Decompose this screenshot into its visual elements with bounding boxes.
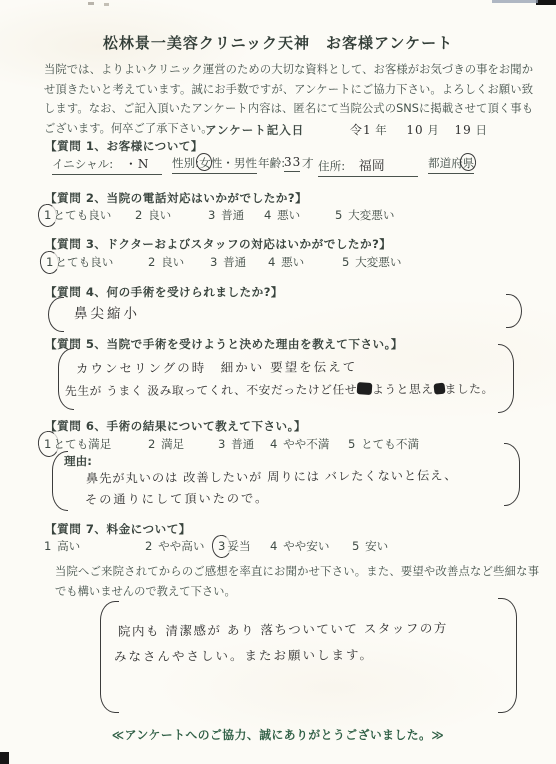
q6-option-3: 3 普通 <box>218 436 254 452</box>
q6-reason-line1: 鼻先が丸いのは 改善したいが 周りには バレたくないと伝え、 <box>86 466 458 486</box>
date-year-suffix: 年 <box>375 123 387 137</box>
q5-answer-line2b: ようと思え <box>372 382 434 396</box>
q6-option-3-label: 普通 <box>231 437 254 451</box>
q6-option-4-label: やや不満 <box>283 437 329 451</box>
prefecture-circled: 県 <box>463 155 475 171</box>
q7-option-3: 3妥当 <box>218 538 251 554</box>
q2-option-4: 4 悪い <box>264 207 300 223</box>
q3-option-2: 2 良い <box>148 254 184 270</box>
q2-options: 1とても良い 2 良い 3 普通 4 悪い 5 大変悪い <box>0 207 556 225</box>
q4-header: 【質問 4、何の手術を受けられましたか?】 <box>45 284 283 300</box>
q3-option-2-label: 良い <box>161 255 184 269</box>
address-label: 住所: <box>318 159 345 173</box>
scan-speck-top-left2 <box>104 3 109 6</box>
q4-answer: 鼻尖縮小 <box>74 302 140 322</box>
q2-option-2-num: 2 <box>135 208 144 222</box>
q6-option-1-num: 1 <box>44 437 53 451</box>
q2-option-3: 3 普通 <box>208 207 244 223</box>
q2-option-5-label: 大変悪い <box>348 208 394 222</box>
q2-option-1: 1とても良い <box>44 207 111 223</box>
q7-option-1-label: 高い <box>57 539 80 553</box>
q6-option-4: 4 やや不満 <box>270 436 329 452</box>
q6-option-5-label: とても不満 <box>361 437 419 451</box>
q2-option-3-label: 普通 <box>221 208 244 222</box>
q7-option-3-num: 3 <box>218 539 227 553</box>
age-value: 33 <box>284 155 301 169</box>
q3-option-4: 4 悪い <box>268 254 304 270</box>
q7-header: 【質問 7、料金について】 <box>45 521 191 537</box>
q2-option-4-label: 悪い <box>277 208 300 222</box>
q6-option-4-num: 4 <box>270 437 279 451</box>
q7-option-2-label: やや高い <box>158 539 204 553</box>
date-row: アンケート記入日 令1 年 10 月 19 日 <box>205 121 487 138</box>
date-day-value: 19 <box>455 123 472 137</box>
date-month-suffix: 月 <box>427 123 439 137</box>
initial-label: イニシャル: <box>52 157 113 171</box>
q2-option-3-num: 3 <box>208 208 217 222</box>
q6-reason-line2: その通りにして頂いたので。 <box>85 489 269 508</box>
q1-fields: イニシャル: ・N 性別:女性・男性 年齢: 33 才 住所: 福岡 都道府県 <box>0 155 556 175</box>
q7-option-4-label: やや安い <box>283 539 329 553</box>
q3-option-3-label: 普通 <box>223 255 246 269</box>
q2-option-5: 5 大変悪い <box>335 207 394 223</box>
feedback-bracket-right <box>498 598 517 713</box>
q1-header: 【質問 1、お客様について】 <box>45 138 203 154</box>
q5-header: 【質問 5、当院で手術を受けようと決めた理由を教えて下さい。】 <box>45 336 403 352</box>
page-title: 松林景一美容クリニック天神 お客様アンケート <box>0 32 556 53</box>
age-field: 33 <box>284 155 300 172</box>
q5-answer-line1: カウンセリングの時 細かい 要望を伝えて <box>76 357 357 377</box>
q7-option-4: 4 やや安い <box>270 538 329 554</box>
scan-smudge-top-right <box>536 0 556 5</box>
q6-option-5: 5 とても不満 <box>348 436 419 452</box>
q4-answer-bracket-right <box>506 294 522 328</box>
prefecture-pre: 都道府 <box>428 156 463 170</box>
date-day-suffix: 日 <box>475 123 487 137</box>
q2-option-1-num: 1 <box>44 208 53 222</box>
feedback-prompt: 当院へご来院されてからのご感想を率直にお聞かせ下さい。また、要望や改善点など些細… <box>55 562 539 601</box>
date-month-value: 10 <box>406 123 423 137</box>
q7-option-5: 5 安い <box>352 538 388 554</box>
q6-option-2: 2 満足 <box>148 436 184 452</box>
q3-option-4-label: 悪い <box>281 255 304 269</box>
q3-option-5-num: 5 <box>342 255 351 269</box>
initial-value: ・N <box>125 157 150 171</box>
q7-option-1: 1 高い <box>44 538 80 554</box>
q3-option-5: 5 大変悪い <box>342 254 401 270</box>
thanks-message: ≪アンケートへのご協力、誠にありがとうございました。≫ <box>0 726 556 743</box>
survey-scan-page: 松林景一美容クリニック天神 お客様アンケート 当院では、よりよいクリニック運営の… <box>0 0 556 764</box>
q3-option-4-num: 4 <box>268 255 277 269</box>
feedback-answer-line1: 院内も 清潔感が あり 落ちついていて スタッフの方 <box>118 618 448 639</box>
scan-speck-top-left <box>88 2 94 5</box>
q6-options: 1とても満足 2 満足 3 普通 4 やや不満 5 とても不満 <box>0 436 556 454</box>
q3-option-5-label: 大変悪い <box>355 255 401 269</box>
gender-rest: 性・男性 <box>211 156 257 170</box>
q3-option-1: 1とても良い <box>46 254 113 270</box>
q3-option-3-num: 3 <box>210 255 219 269</box>
address-value: 福岡 <box>359 159 385 174</box>
date-year-value: 令1 <box>350 123 372 137</box>
q2-header: 【質問 2、当院の電話対応はいかがでしたか?】 <box>45 190 307 206</box>
q5-answer-line2: 先生が うまく 汲み取ってくれ、不安だったけど任せようと思えました。 <box>65 380 494 399</box>
q2-option-4-num: 4 <box>264 208 273 222</box>
q6-reason-label: 理由: <box>64 453 92 469</box>
scan-smudge-bottom-left <box>0 752 9 764</box>
q4-answer-bracket-left <box>48 297 64 332</box>
q2-option-1-label: とても良い <box>53 208 111 222</box>
q7-option-1-num: 1 <box>44 539 53 553</box>
age-suffix: 才 <box>302 155 314 171</box>
q7-option-2: 2 やや高い <box>145 538 204 554</box>
q3-options: 1とても良い 2 良い 3 普通 4 悪い 5 大変悪い <box>0 254 556 272</box>
q5-answer-bracket-right <box>498 344 514 413</box>
gender-female-circled: 女 <box>199 155 211 171</box>
q6-option-3-num: 3 <box>218 437 227 451</box>
q6-reason-bracket-left <box>52 451 68 511</box>
date-label: アンケート記入日 <box>205 123 304 137</box>
q6-reason-bracket-right <box>504 443 520 506</box>
q5-answer-bracket-left <box>58 348 74 410</box>
scribbled-out-text-2 <box>433 383 445 395</box>
feedback-answer-line2: みなさんやさしい。またお願いします。 <box>114 645 374 665</box>
q5-answer-line2a: 先生が うまく 汲み取ってくれ、不安だったけど任せ <box>65 383 357 399</box>
q6-option-2-num: 2 <box>148 437 157 451</box>
q2-option-2: 2 良い <box>135 207 171 223</box>
q3-header: 【質問 3、ドクターおよびスタッフの対応はいかがでしたか?】 <box>45 236 391 252</box>
q6-option-1-label: とても満足 <box>53 437 111 451</box>
scribbled-out-text <box>357 382 373 395</box>
initial-field: イニシャル: ・N <box>52 155 162 175</box>
q6-option-5-num: 5 <box>348 437 357 451</box>
q7-option-5-label: 安い <box>365 539 388 553</box>
prefecture-field: 都道府県 <box>428 155 474 174</box>
q2-option-2-label: 良い <box>148 208 171 222</box>
age-label: 年齢: <box>258 155 285 171</box>
scan-smudge-top-bar <box>492 0 538 3</box>
q7-option-2-num: 2 <box>145 539 154 553</box>
q3-option-3: 3 普通 <box>210 254 246 270</box>
q7-option-4-num: 4 <box>270 539 279 553</box>
q3-option-1-num: 1 <box>46 255 55 269</box>
q7-option-5-num: 5 <box>352 539 361 553</box>
q6-option-1: 1とても満足 <box>44 436 111 452</box>
q2-option-5-num: 5 <box>335 208 344 222</box>
q6-header: 【質問 6、手術の結果について教えて下さい。】 <box>45 418 306 434</box>
address-field: 住所: 福岡 <box>318 155 418 177</box>
q6-option-2-label: 満足 <box>161 437 184 451</box>
q3-option-1-label: とても良い <box>55 255 113 269</box>
gender-field: 性別:女性・男性 <box>172 155 257 174</box>
q5-answer-line2c: ました。 <box>445 382 494 396</box>
q7-options: 1 高い 2 やや高い 3妥当 4 やや安い 5 安い <box>0 538 556 556</box>
gender-label: 性別: <box>172 156 199 170</box>
q3-option-2-num: 2 <box>148 255 157 269</box>
